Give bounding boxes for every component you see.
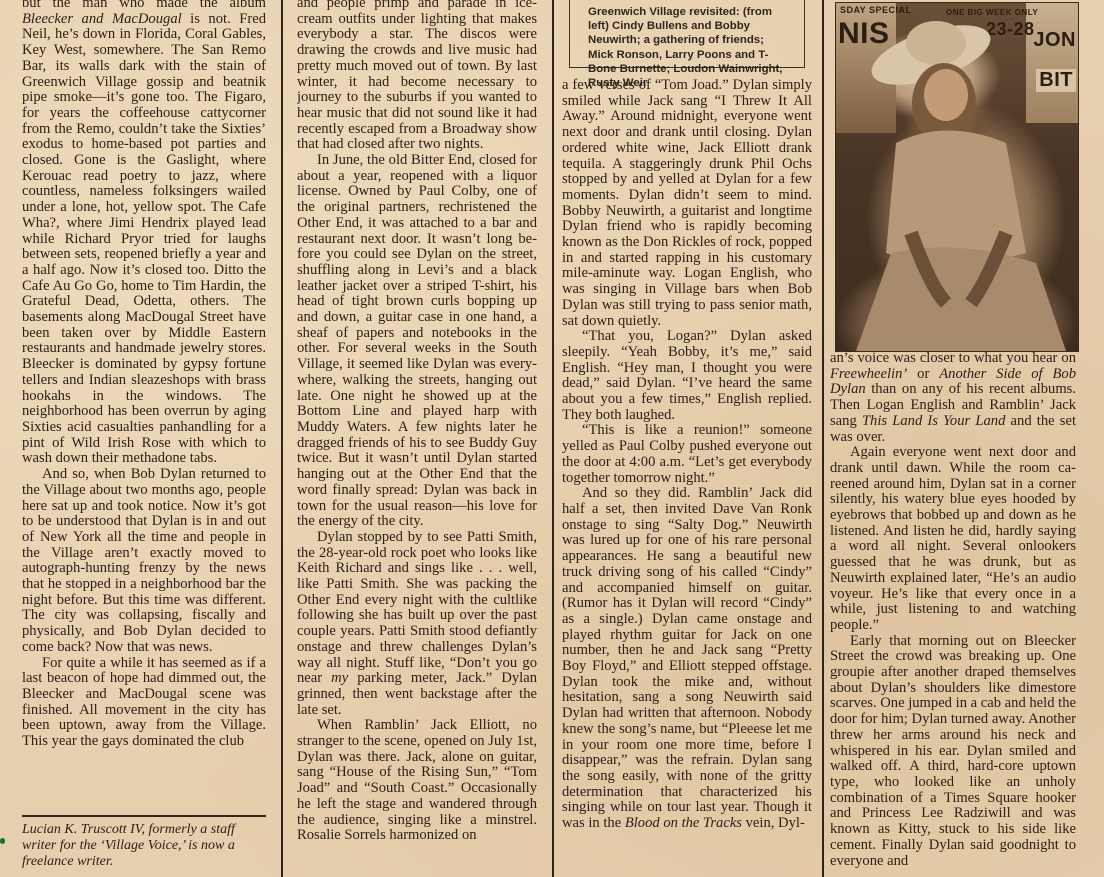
- author-byline: Lucian K. Truscott IV, formerly a staff …: [22, 822, 266, 869]
- article-paragraph: In June, the old Bitter End, closed for …: [297, 153, 537, 530]
- article-paragraph: Again everyone went next door and drank …: [830, 445, 1076, 633]
- article-paragraph: and people primp and parade in ice­cream…: [297, 0, 537, 153]
- column-divider: [281, 0, 283, 877]
- article-paragraph: “This is like a reunion!” someone yelled…: [562, 423, 812, 486]
- column-divider: [552, 0, 554, 877]
- margin-mark: [0, 838, 5, 844]
- byline-rule: [22, 815, 266, 817]
- article-paragraph: Early that morning out on Bleecker Stree…: [830, 634, 1076, 870]
- article-column-1: but the man who made the album Bleecker …: [22, 0, 266, 806]
- article-paragraph: And so they did. Ramblin’ Jack did half …: [562, 486, 812, 831]
- article-paragraph: For quite a while it has seemed as if a …: [22, 656, 266, 750]
- article-paragraph: When Ramblin’ Jack Elliott, no stranger …: [297, 718, 537, 844]
- cowboy-hat-figure: [836, 3, 1078, 351]
- article-column-4: an’s voice was closer to what you hear o…: [830, 351, 1076, 877]
- article-column-3: a few verses of “Tom Joad.” Dylan simply…: [562, 78, 812, 877]
- photo-man-in-cowboy-hat: SDAY SPECIAL NIS ONE BIG WEEK ONLY 23-28…: [835, 2, 1079, 352]
- article-paragraph: but the man who made the album Bleecker …: [22, 0, 266, 467]
- column-divider: [822, 0, 824, 877]
- article-paragraph: “That you, Logan?” Dylan asked sleepily.…: [562, 329, 812, 423]
- article-column-2: and people primp and parade in ice­cream…: [297, 0, 537, 877]
- article-paragraph: Dylan stopped by to see Patti Smith, the…: [297, 530, 537, 718]
- photo-caption: Greenwich Village revisited: (from left)…: [569, 0, 805, 68]
- article-paragraph: a few verses of “Tom Joad.” Dylan simply…: [562, 78, 812, 329]
- newspaper-page: but the man who made the album Bleecker …: [0, 0, 1104, 877]
- article-paragraph: an’s voice was closer to what you hear o…: [830, 351, 1076, 445]
- article-paragraph: And so, when Bob Dylan returned to the V…: [22, 467, 266, 655]
